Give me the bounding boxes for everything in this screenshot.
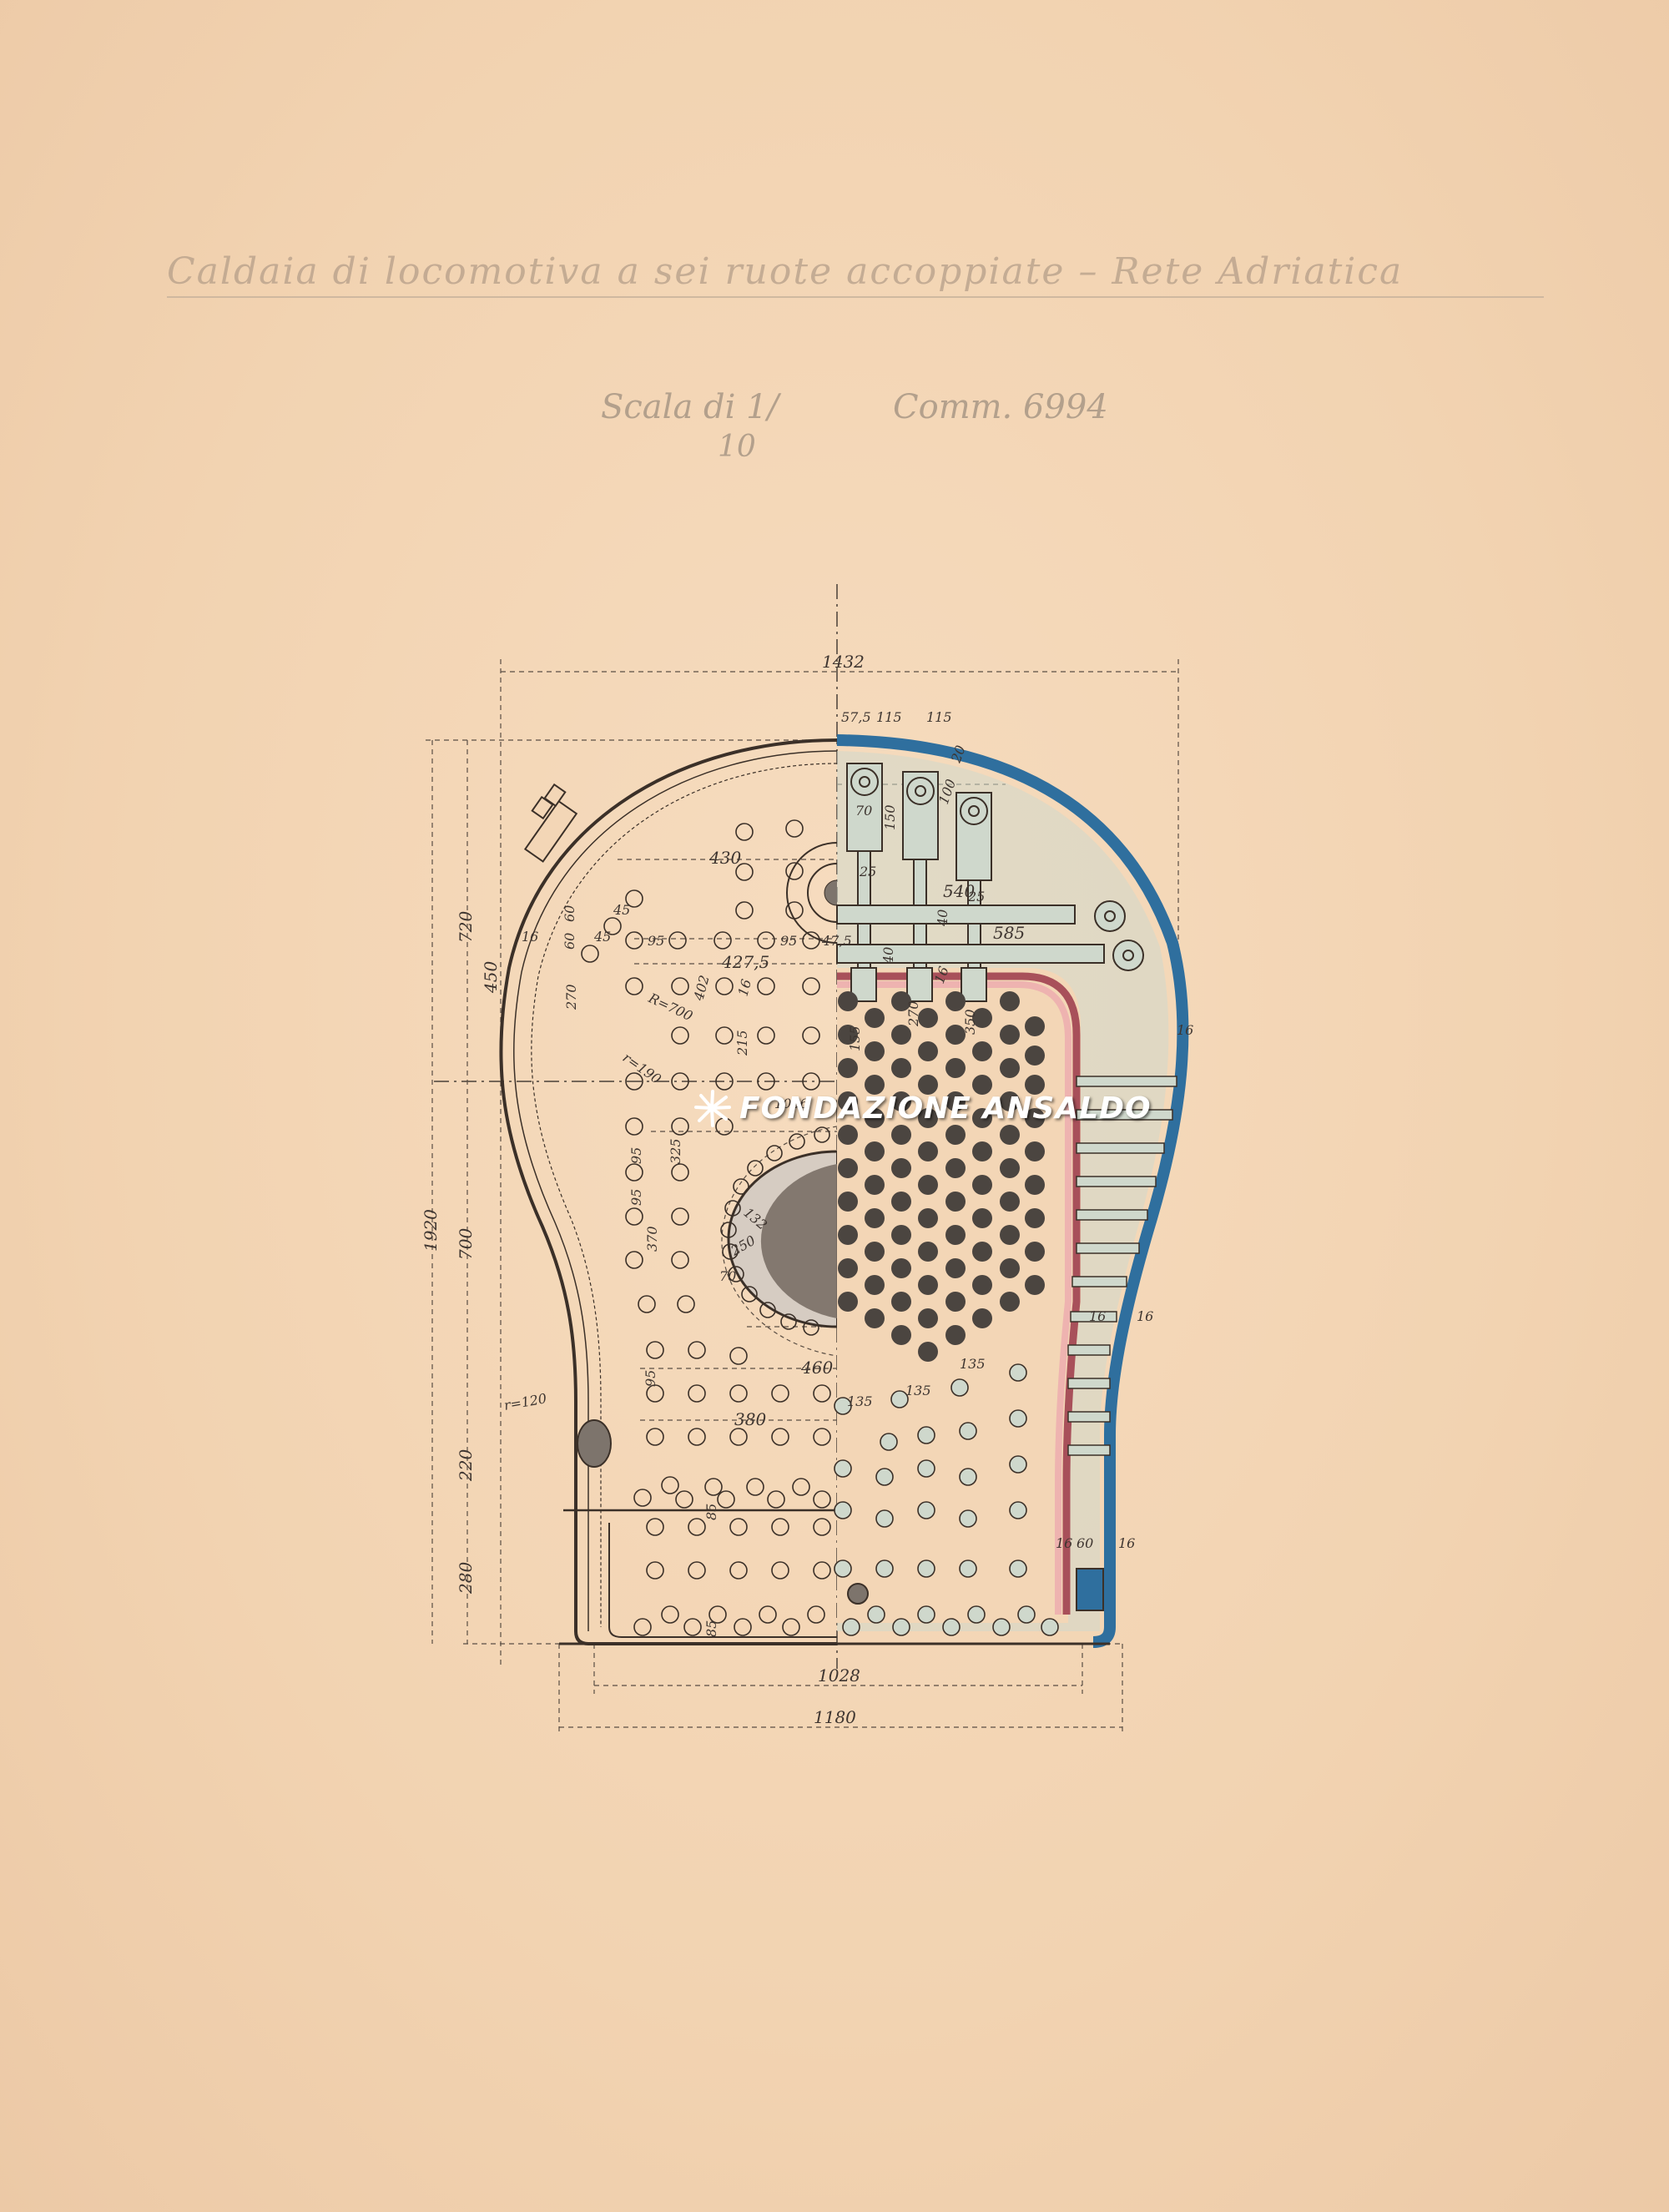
dim-side-16c: 16: [1137, 1308, 1153, 1324]
dim-overall-width: 1432: [822, 652, 865, 672]
dim-girder-width: 70: [855, 803, 872, 819]
dim-top-pitch-1: 57,5: [841, 709, 871, 725]
dim-430: 430: [708, 848, 741, 868]
dim-427-5: 427,5: [721, 952, 769, 972]
dim-height-450: 450: [481, 961, 501, 994]
dim-stay-40b: 40: [880, 947, 896, 965]
dim-45a: 45: [613, 902, 630, 918]
dim-height-720: 720: [456, 911, 476, 943]
dim-side-16b: 16: [1089, 1308, 1106, 1324]
dim-60b: 60: [562, 933, 577, 950]
dim-left-16: 16: [522, 929, 538, 945]
dim-135a: 135: [847, 1393, 873, 1409]
dim-r120: r=120: [502, 1390, 547, 1413]
watermark: FONDAZIONE ANSALDO: [693, 1089, 1152, 1127]
drawing-sheet: Caldaia di locomotiva a sei ruote accopp…: [0, 0, 1669, 2212]
dim-height-1920: 1920: [421, 1209, 441, 1252]
dim-85b: 85: [703, 1620, 719, 1637]
dim-stay-40a: 40: [935, 909, 950, 927]
dim-95d: 95: [628, 1189, 644, 1206]
dim-402: 402: [690, 974, 713, 1003]
dim-350: 350: [962, 1009, 978, 1035]
dim-girder-height: 150: [882, 804, 898, 830]
dim-95b: 95: [780, 933, 797, 949]
ansaldo-logo-icon: [693, 1089, 731, 1127]
dim-215: 215: [734, 1030, 750, 1056]
dim-45b: 45: [593, 929, 611, 945]
dim-r700: R=700: [645, 990, 695, 1024]
dim-47-5: 47,5: [821, 933, 852, 949]
dome-flange: [787, 843, 837, 943]
dim-460: 460: [800, 1358, 833, 1378]
dim-135b: 135: [905, 1383, 931, 1398]
dim-side-16a: 16: [1177, 1022, 1193, 1038]
dim-270-tube: 270: [905, 1000, 921, 1027]
dim-135c: 135: [960, 1356, 986, 1372]
dim-bottom-1028: 1028: [818, 1665, 860, 1685]
dim-bolt-1: 25: [859, 864, 876, 879]
dim-85a: 85: [703, 1504, 719, 1520]
dim-water-16: 16: [1056, 1535, 1072, 1551]
washout-plug: [848, 1584, 868, 1604]
dim-95a: 95: [648, 933, 664, 949]
dim-height-220: 220: [456, 1449, 476, 1482]
dim-60a: 60: [562, 905, 577, 922]
dim-door-70: 70: [719, 1268, 736, 1284]
dim-bottom-1180: 1180: [814, 1707, 856, 1727]
dim-370: 370: [644, 1226, 660, 1252]
dim-95e: 95: [643, 1370, 658, 1387]
dim-95c: 95: [628, 1147, 644, 1164]
dim-water-16b: 16: [1118, 1535, 1135, 1551]
dim-270: 270: [563, 984, 579, 1010]
dim-water-60: 60: [1077, 1535, 1093, 1551]
mud-hole: [577, 1420, 611, 1467]
dim-380: 380: [734, 1409, 766, 1429]
dim-height-700: 700: [456, 1228, 476, 1260]
dim-155: 155: [847, 1025, 863, 1051]
dim-stay-585: 585: [993, 923, 1025, 943]
dim-height-280: 280: [456, 1562, 476, 1595]
dim-stay-540: 540: [943, 881, 975, 901]
dim-325: 325: [668, 1138, 683, 1164]
dim-top-pitch-2: 115: [876, 709, 902, 725]
foundation-ring: [1077, 1569, 1103, 1610]
watermark-text: FONDAZIONE ANSALDO: [739, 1091, 1152, 1126]
dim-top-pitch-3: 115: [926, 709, 952, 725]
dim-16-v: 16: [735, 977, 755, 998]
